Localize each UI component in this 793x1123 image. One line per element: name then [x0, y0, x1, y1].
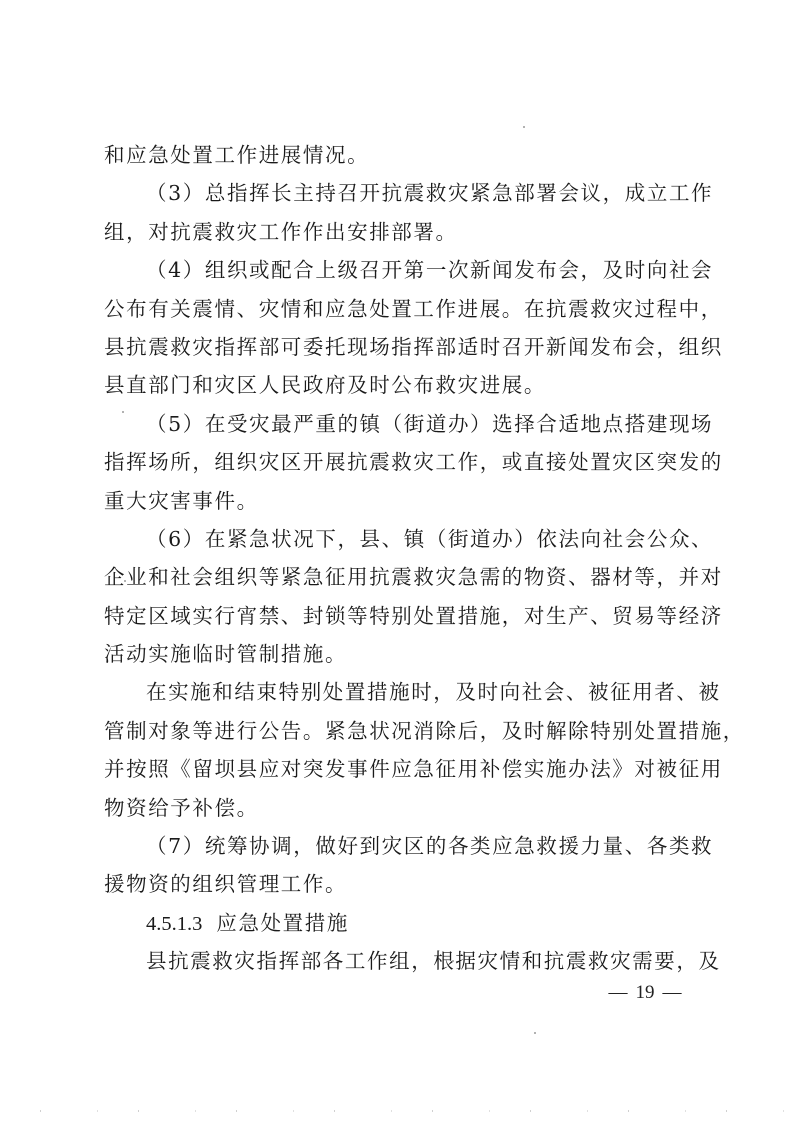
scan-speck — [523, 126, 525, 128]
scan-speck — [122, 411, 124, 413]
paragraph-item-5-line: （5）在受灾最严重的镇（街道办）选择合适地点搭建现场 — [104, 405, 704, 443]
paragraph-item-4-line: （4）组织或配合上级召开第一次新闻发布会，及时向社会 — [104, 251, 704, 289]
paragraph-item-7-line: 援物资的组织管理工作。 — [104, 865, 704, 903]
document-page: 和应急处置工作进展情况。 （3）总指挥长主持召开抗震救灾紧急部署会议，成立工作 … — [0, 0, 793, 1123]
paragraph-special-measures-line: 物资给予补偿。 — [104, 789, 704, 827]
scan-speck — [452, 960, 454, 962]
section-heading: 4.5.1.3应急处置措施 — [104, 904, 704, 942]
paragraph-item-6-line: 活动实施临时管制措施。 — [104, 635, 704, 673]
scan-speck — [124, 580, 126, 582]
page-number-dash-left: — — [609, 982, 628, 1004]
scan-edge-noise — [0, 1110, 793, 1112]
document-body: 和应急处置工作进展情况。 （3）总指挥长主持召开抗震救灾紧急部署会议，成立工作 … — [104, 136, 704, 981]
scan-speck — [534, 1032, 536, 1034]
paragraph-item-4-line: 县抗震救灾指挥部可委托现场指挥部适时召开新闻发布会，组织 — [104, 328, 704, 366]
paragraph-item-5-line: 重大灾害事件。 — [104, 482, 704, 520]
paragraph-item-6-line: 企业和社会组织等紧急征用抗震救灾急需的物资、器材等，并对 — [104, 558, 704, 596]
paragraph-item-3-line: 组，对抗震救灾工作作出安排部署。 — [104, 213, 704, 251]
section-heading-title: 应急处置措施 — [216, 911, 349, 935]
paragraph-continuation-line: 和应急处置工作进展情况。 — [104, 136, 704, 174]
page-number-value: 19 — [636, 982, 655, 1003]
page-number-dash-right: — — [663, 982, 682, 1004]
paragraph-special-measures-line: 并按照《留坝县应对突发事件应急征用补偿实施办法》对被征用 — [104, 750, 704, 788]
paragraph-final-line: 县抗震救灾指挥部各工作组，根据灾情和抗震救灾需要，及 — [104, 942, 704, 980]
paragraph-special-measures-line: 在实施和结束特别处置措施时，及时向社会、被征用者、被 — [104, 673, 704, 711]
paragraph-item-7-line: （7）统筹协调，做好到灾区的各类应急救援力量、各类救 — [104, 827, 704, 865]
paragraph-item-5-line: 指挥场所，组织灾区开展抗震救灾工作，或直接处置灾区突发的 — [104, 443, 704, 481]
paragraph-special-measures-line: 管制对象等进行公告。紧急状况消除后，及时解除特别处置措施， — [104, 712, 704, 750]
paragraph-item-4-line: 公布有关震情、灾情和应急处置工作进展。在抗震救灾过程中， — [104, 290, 704, 328]
paragraph-item-6-line: （6）在紧急状况下，县、镇（街道办）依法向社会公众、 — [104, 520, 704, 558]
section-heading-number: 4.5.1.3 — [146, 913, 202, 935]
page-number: —19— — [590, 982, 700, 1004]
paragraph-item-4-line: 县直部门和灾区人民政府及时公布救灾进展。 — [104, 366, 704, 404]
paragraph-item-6-line: 特定区域实行宵禁、封锁等特别处置措施，对生产、贸易等经济 — [104, 597, 704, 635]
paragraph-item-3-line: （3）总指挥长主持召开抗震救灾紧急部署会议，成立工作 — [104, 174, 704, 212]
